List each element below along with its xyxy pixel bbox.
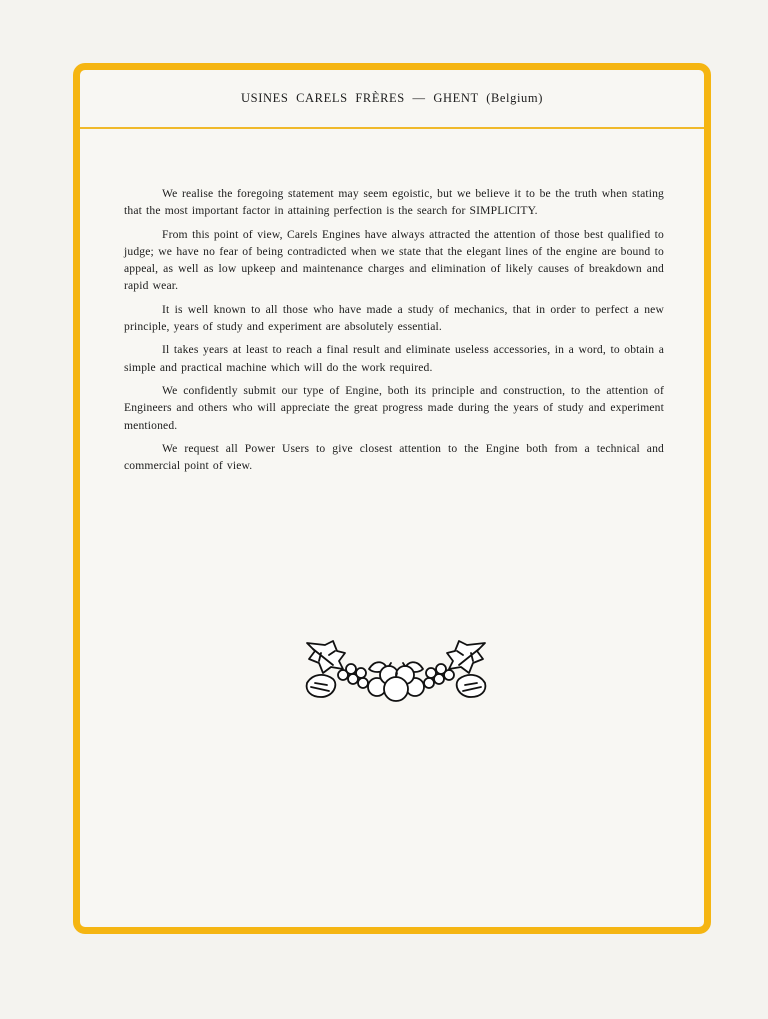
paragraph-point-of-view: From this point of view, Carels Engines … <box>124 226 664 295</box>
paragraph-request: We request all Power Users to give close… <box>124 440 664 475</box>
page-frame: USINES CARELS FRÈRES — GHENT (Belgium) W… <box>73 63 711 934</box>
paragraph-mechanics: It is well known to all those who have m… <box>124 301 664 336</box>
paragraph-years: Il takes years at least to reach a final… <box>124 341 664 376</box>
fruit-garland-ornament-icon <box>303 639 489 703</box>
page-header: USINES CARELS FRÈRES — GHENT (Belgium) <box>80 70 704 129</box>
body-text: We realise the foregoing statement may s… <box>124 185 664 480</box>
paragraph-submit: We confidently submit our type of Engine… <box>124 382 664 434</box>
paragraph-simplicity: We realise the foregoing statement may s… <box>124 185 664 220</box>
